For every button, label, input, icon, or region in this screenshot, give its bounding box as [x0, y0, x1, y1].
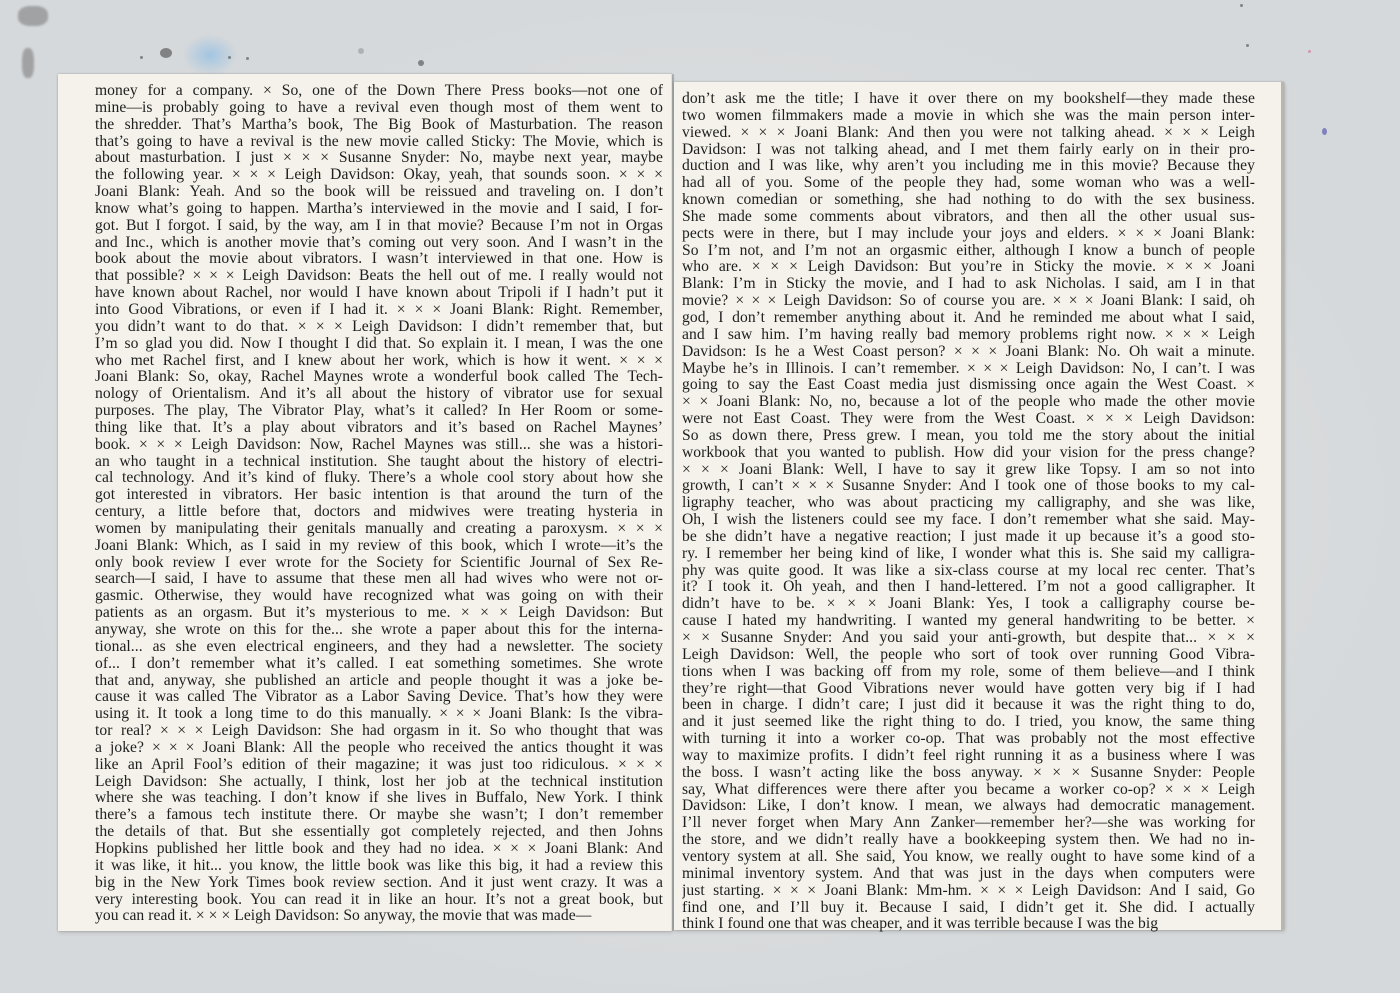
- text-line: had all of you. Some of the people they …: [682, 175, 1255, 192]
- text-line: way to maximize profits. I didn’t feel r…: [682, 748, 1255, 765]
- text-line: and Inc., which is another movie that’s …: [95, 235, 663, 252]
- text-line: you didn’t want to do that. × × × Leigh …: [95, 319, 663, 336]
- text-line: movie? × × × Leigh Davidson: So of cours…: [682, 293, 1255, 310]
- text-line: So I’m not, and I’m not an orgasmic eith…: [682, 243, 1255, 260]
- text-line: century, a little before that, doctors a…: [95, 504, 663, 521]
- right-page-text: don’t ask me the title; I have it over t…: [682, 91, 1255, 933]
- ink-speck: [418, 60, 424, 66]
- text-line: be she didn’t have a negative reaction; …: [682, 529, 1255, 546]
- text-line: who are. × × × Leigh Davidson: But you’r…: [682, 259, 1255, 276]
- text-line: women by manipulating their genitals man…: [95, 521, 663, 538]
- text-line: known comedian or something, she had not…: [682, 192, 1255, 209]
- text-line: Joani Blank: Yeah. And so the book will …: [95, 184, 663, 201]
- text-line: I’ll never forget when Mary Ann Zanker—r…: [682, 815, 1255, 832]
- text-line: think I found one that was cheaper, and …: [682, 916, 1255, 933]
- text-line: mine—is probably going to have a revival…: [95, 100, 663, 117]
- text-line: workbook that you wanted to publish. How…: [682, 445, 1255, 462]
- text-line: cal technology. And it’s kind of fluky. …: [95, 470, 663, 487]
- text-line: book. × × × Leigh Davidson: Now, Rachel …: [95, 437, 663, 454]
- text-line: viewed. × × × Joani Blank: And then you …: [682, 125, 1255, 142]
- text-line: god, I don’t remember anything about it.…: [682, 310, 1255, 327]
- text-line: She made some comments about vibrators, …: [682, 209, 1255, 226]
- ink-speck: [246, 57, 249, 60]
- text-line: only book review I ever wrote for the So…: [95, 555, 663, 572]
- text-line: minimal inventory system. And that was j…: [682, 866, 1255, 883]
- text-line: tor real? × × × Leigh Davidson: She had …: [95, 723, 663, 740]
- text-line: that possible? × × × Leigh Davidson: Bea…: [95, 268, 663, 285]
- text-line: know what’s going to happen. Martha’s in…: [95, 201, 663, 218]
- text-line: of... I don’t remember what it’s called.…: [95, 656, 663, 673]
- text-line: big in the New York Times book review se…: [95, 875, 663, 892]
- text-line: the boss. I wasn’t acting like the boss …: [682, 765, 1255, 782]
- text-line: search—I said, I have to assume that the…: [95, 571, 663, 588]
- text-line: have known about Rachel, nor would I hav…: [95, 285, 663, 302]
- right-page: don’t ask me the title; I have it over t…: [674, 82, 1284, 930]
- text-line: × × Susanne Snyder: And you said your an…: [682, 630, 1255, 647]
- text-line: duction and I was like, why aren’t you i…: [682, 158, 1255, 175]
- text-line: cause I hated my handwriting. I wanted m…: [682, 613, 1255, 630]
- text-line: Joani Blank: Which, as I said in my revi…: [95, 538, 663, 555]
- text-line: cause it was called The Vibrator as a La…: [95, 689, 663, 706]
- smudge-mark: [22, 48, 34, 78]
- ink-speck: [1246, 44, 1249, 47]
- text-line: tions when I was backing off from my rol…: [682, 664, 1255, 681]
- text-line: purposes. The play, The Vibrator Play, w…: [95, 403, 663, 420]
- text-line: Oh, I wish the listeners could see my fa…: [682, 512, 1255, 529]
- text-line: got. But I forgot. I said, by the way, a…: [95, 218, 663, 235]
- text-line: it? I took it. Oh yeah, and then I hand-…: [682, 579, 1255, 596]
- text-line: gasmic. Otherwise, they would have recog…: [95, 588, 663, 605]
- text-line: Leigh Davidson: Well, the people who sor…: [682, 647, 1255, 664]
- left-page-text: money for a company. × So, one of the Do…: [95, 83, 663, 925]
- text-line: say, What differences were there after y…: [682, 782, 1255, 799]
- text-line: like an April Fool’s edition of their ma…: [95, 757, 663, 774]
- text-line: an who taught in a technical institution…: [95, 454, 663, 471]
- text-line: don’t ask me the title; I have it over t…: [682, 91, 1255, 108]
- ink-speck: [228, 56, 231, 59]
- ink-speck: [140, 56, 143, 59]
- text-line: into Good Vibrations, or even if I had i…: [95, 302, 663, 319]
- text-line: the details of that. But she essentially…: [95, 824, 663, 841]
- text-line: Hopkins published her little book and th…: [95, 841, 663, 858]
- text-line: that’s going to have a revival is the ne…: [95, 134, 663, 151]
- ink-speck: [160, 48, 172, 58]
- ink-speck: [1240, 4, 1243, 7]
- text-line: with turning it into a worker co-op. Tha…: [682, 731, 1255, 748]
- text-line: there’s a famous tech institute there. O…: [95, 807, 663, 824]
- text-line: the store, and we didn’t really have a b…: [682, 832, 1255, 849]
- text-line: who met Rachel first, and I knew about h…: [95, 353, 663, 370]
- text-line: it was like, it hit... you know, the lit…: [95, 858, 663, 875]
- text-line: you can read it. × × × Leigh Davidson: S…: [95, 908, 663, 925]
- text-line: thing like that. It’s a play about vibra…: [95, 420, 663, 437]
- text-line: ligraphy teacher, who was about practici…: [682, 495, 1255, 512]
- text-line: patients as an orgasm. But it’s mysterio…: [95, 605, 663, 622]
- text-line: money for a company. × So, one of the Do…: [95, 83, 663, 100]
- text-line: book about the movie about vibrators. I …: [95, 251, 663, 268]
- ink-speck: [358, 48, 364, 54]
- text-line: were not East Coast. They were from the …: [682, 411, 1255, 428]
- ink-speck: [1308, 50, 1311, 53]
- text-line: didn’t have to be. × × × Joani Blank: Ye…: [682, 596, 1255, 613]
- text-line: pects were in there, but I may include y…: [682, 226, 1255, 243]
- text-line: very interesting book. You can read it i…: [95, 892, 663, 909]
- text-line: ventory system at all. She said, You kno…: [682, 849, 1255, 866]
- text-line: × × Joani Blank: No, no, because a lot o…: [682, 394, 1255, 411]
- text-line: and I saw him. I’m having really bad mem…: [682, 327, 1255, 344]
- text-line: just starting. × × × Joani Blank: Mm-hm.…: [682, 883, 1255, 900]
- text-line: about masturbation. I just × × × Susanne…: [95, 150, 663, 167]
- text-line: growth, I can’t × × × Susanne Snyder: An…: [682, 478, 1255, 495]
- text-line: phy was quite good. It was like a six-cl…: [682, 563, 1255, 580]
- text-line: I’m so glad you did. Now I thought I did…: [95, 336, 663, 353]
- text-line: ry. I remember her being kind of like, I…: [682, 546, 1255, 563]
- text-line: that and, anyway, she published an artic…: [95, 673, 663, 690]
- text-line: the following year. × × × Leigh Davidson…: [95, 167, 663, 184]
- text-line: So as down there, Press grew. I mean, yo…: [682, 428, 1255, 445]
- smudge-mark: [18, 6, 48, 26]
- text-line: Davidson: I was not talking ahead, and I…: [682, 142, 1255, 159]
- text-line: anyway, she wrote on this for the... she…: [95, 622, 663, 639]
- text-line: a joke? × × × Joani Blank: All the peopl…: [95, 740, 663, 757]
- text-line: Leigh Davidson: She actually, I think, l…: [95, 774, 663, 791]
- text-line: Davidson: Is he a West Coast person? × ×…: [682, 344, 1255, 361]
- text-line: got interested in vibrators. Her basic i…: [95, 487, 663, 504]
- text-line: they’re right—that Good Vibrations never…: [682, 681, 1255, 698]
- text-line: Joani Blank: So, okay, Rachel Maynes wro…: [95, 369, 663, 386]
- text-line: two women filmmakers made a movie in whi…: [682, 108, 1255, 125]
- text-line: find one, and I’ll buy it. Because I sai…: [682, 900, 1255, 917]
- text-line: using it. It took a long time to do this…: [95, 706, 663, 723]
- text-line: × × × Joani Blank: Well, I have to say i…: [682, 462, 1255, 479]
- text-line: and it just seemed like the right thing …: [682, 714, 1255, 731]
- left-page: money for a company. × So, one of the Do…: [58, 74, 672, 931]
- text-line: going to say the East Coast media just d…: [682, 377, 1255, 394]
- text-line: Maybe he’s in Illinois. I can’t remember…: [682, 361, 1255, 378]
- text-line: nology of Orientalism. And it’s all abou…: [95, 386, 663, 403]
- text-line: the shredder. That’s Martha’s book, The …: [95, 117, 663, 134]
- text-line: tional... as she even electrical enginee…: [95, 639, 663, 656]
- text-line: Davidson: Like, I don’t know. I mean, we…: [682, 798, 1255, 815]
- text-line: been in charge. I didn’t care; I just di…: [682, 697, 1255, 714]
- text-line: Blank: I’m in Sticky the movie, and I ha…: [682, 276, 1255, 293]
- ink-speck: [1322, 128, 1327, 135]
- text-line: where she was teaching. I don’t know if …: [95, 790, 663, 807]
